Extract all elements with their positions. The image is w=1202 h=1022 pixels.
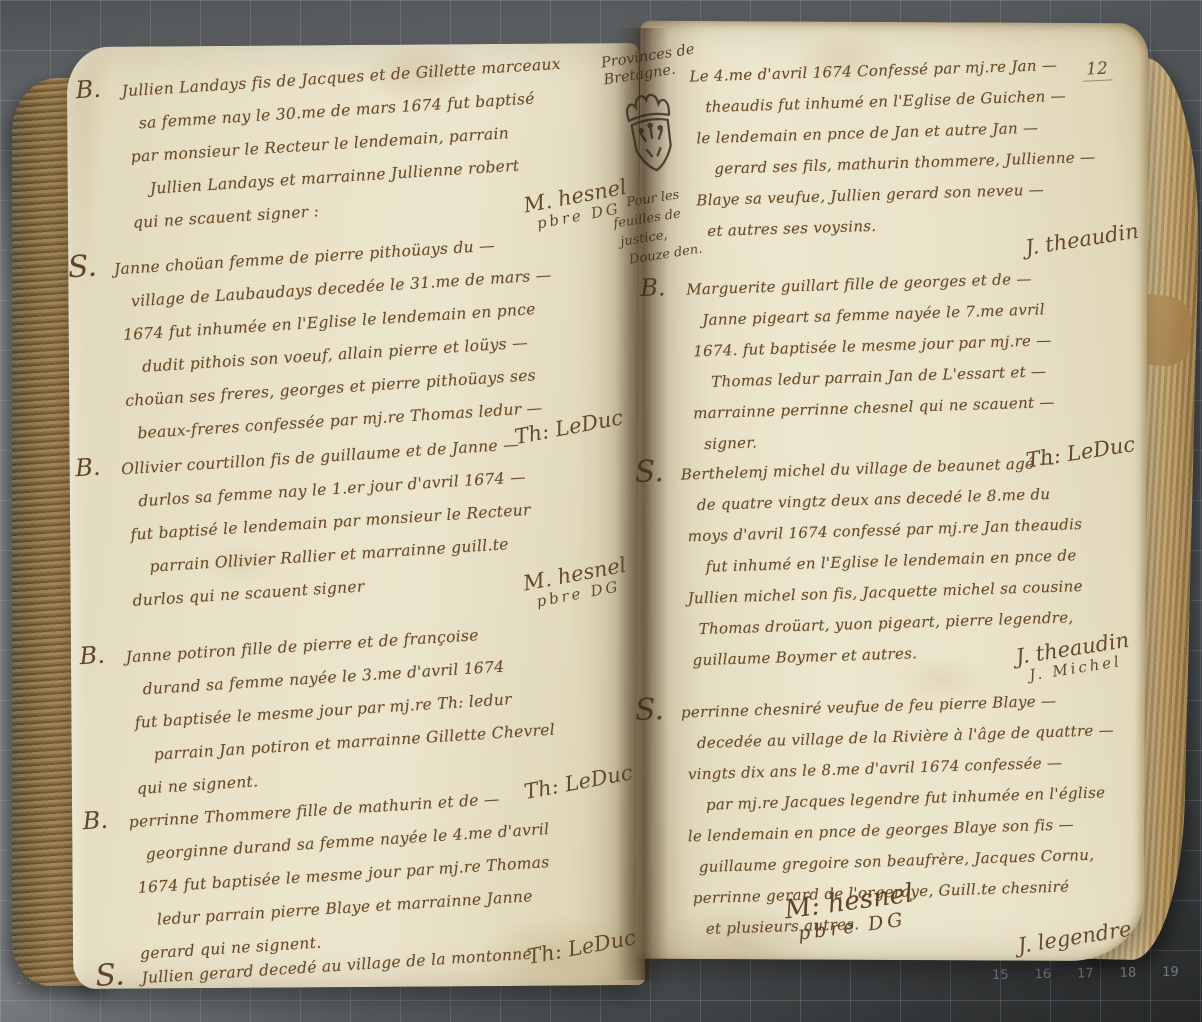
entry-type-letter: B. — [82, 806, 109, 836]
left-page: B. Jullien Landays fis de Jacques et de … — [67, 43, 646, 989]
register-entry: B. Ollivier courtillon fis de guillaume … — [120, 420, 654, 618]
entry-type-letter: B. — [79, 641, 106, 671]
stamp-caption: Pour les feuilles de justice, Douze den. — [611, 177, 743, 271]
register-entry: S. Janne choüan femme de pierre pithoüay… — [113, 221, 649, 452]
register-entry: S. perrinne chesniré veufue de feu pierr… — [681, 683, 1159, 946]
register-entry: B. Janne potiron fille de pierre et de f… — [125, 608, 659, 806]
entry-type-letter: S. — [94, 957, 125, 994]
right-page: 12 Provinces de Bretagne. Pour les — [636, 21, 1149, 962]
ruler-number: 16 — [1034, 967, 1051, 982]
table-ruler-right: 15 16 17 18 19 20 — [992, 964, 1202, 983]
crowned-ermine-shield-icon — [614, 85, 690, 189]
ruler-number: 19 — [1162, 965, 1179, 980]
entry-type-letter: B. — [75, 75, 102, 105]
entry-type-letter: B. — [640, 273, 666, 302]
ruler-number: 17 — [1077, 966, 1094, 981]
entry-type-letter: S. — [67, 249, 98, 286]
archive-photo-table: 20 19 18 15 16 17 18 19 20 B. Jullien La… — [0, 0, 1202, 1022]
register-entry: S. Berthelemj michel du village de beaun… — [680, 445, 1157, 677]
ruler-number: 15 — [992, 968, 1009, 983]
register-entry: B. Jullien Landays fis de Jacques et de … — [121, 42, 655, 240]
entry-type-letter: S. — [634, 454, 664, 490]
register-entry: B. Marguerite guillart fille de georges … — [686, 260, 1162, 461]
ruler-number: 18 — [1120, 965, 1137, 980]
entry-type-letter: B. — [74, 453, 101, 483]
register-entry: Le 4.me d'avril 1674 Confessé par mj.re … — [689, 47, 1165, 248]
entry-type-letter: S. — [634, 692, 664, 728]
